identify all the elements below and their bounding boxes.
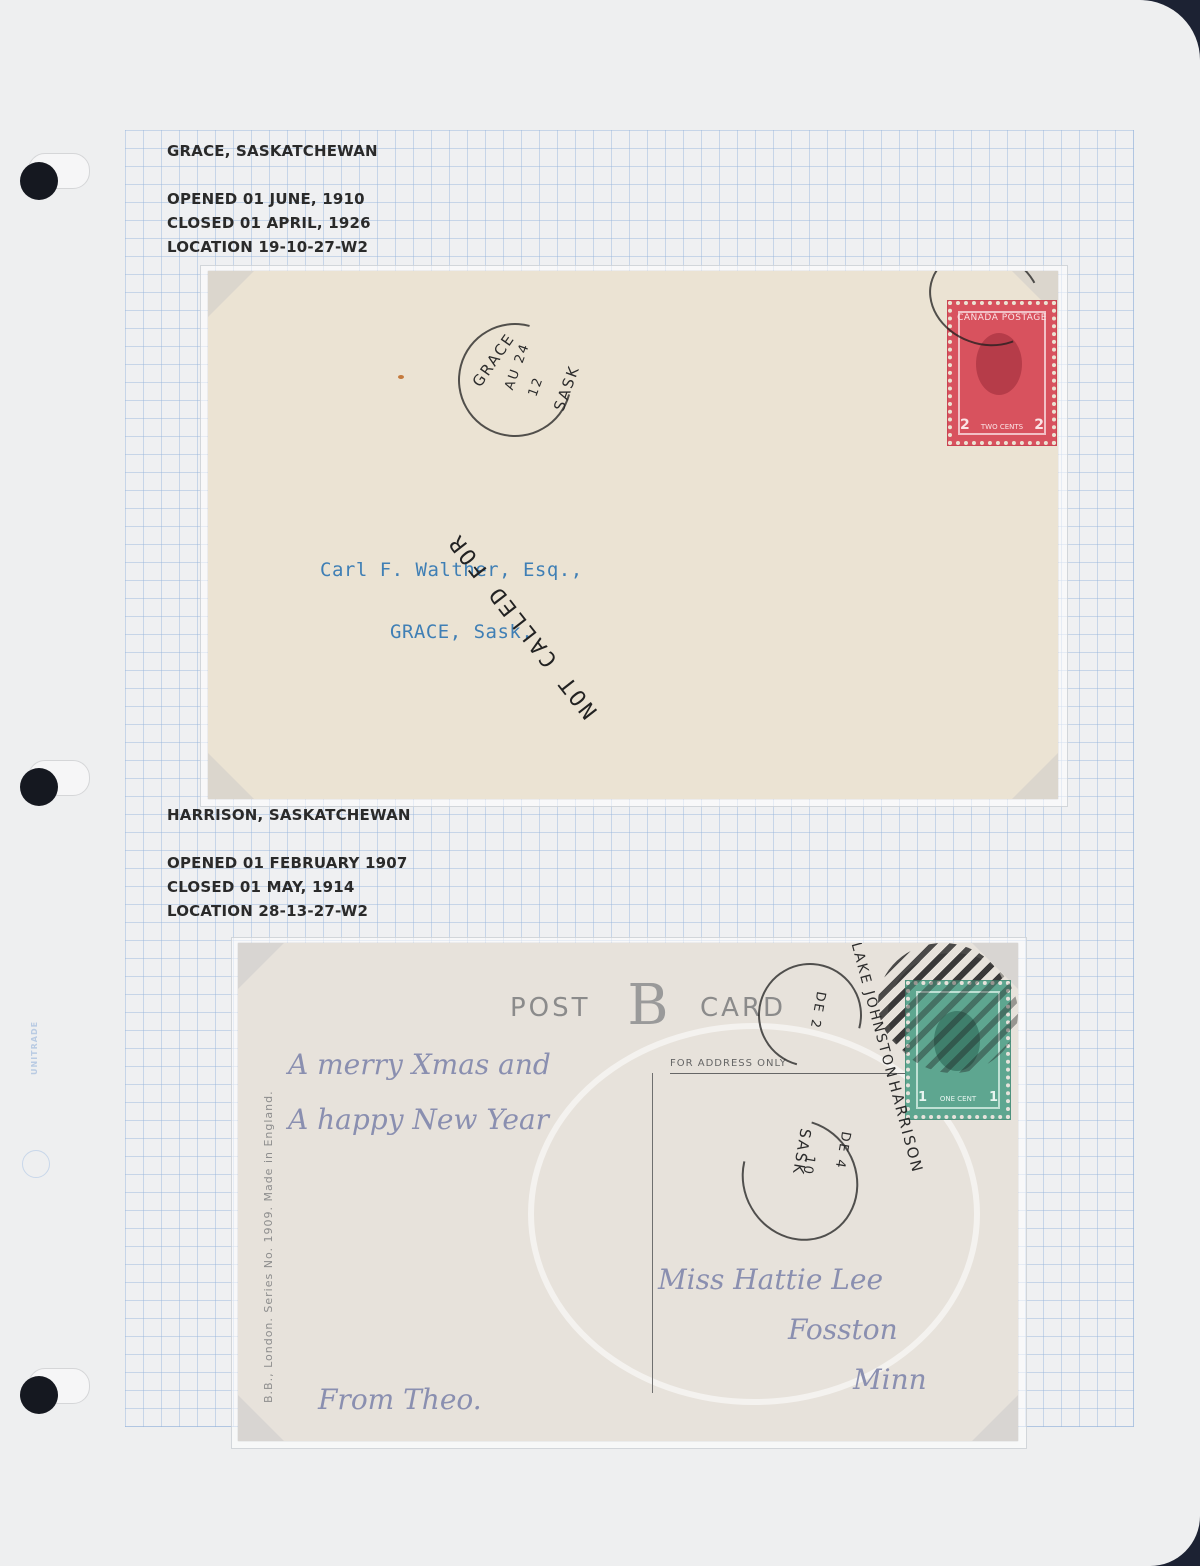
photo-corner <box>208 271 254 317</box>
location: Location 19-10-27-W2 <box>167 235 378 259</box>
photo-corner <box>208 753 254 799</box>
opened-date: Opened 01 February 1907 <box>167 851 411 875</box>
photo-corner <box>972 1395 1018 1441</box>
location: Location 28-13-27-W2 <box>167 899 411 923</box>
publisher-imprint: B.B., London. Series No. 1909. Made in E… <box>262 1090 275 1403</box>
sender-signature: From Theo. <box>318 1383 482 1416</box>
message-line-2: A happy New Year <box>288 1103 549 1136</box>
stain <box>398 375 404 379</box>
closed-date: Closed 01 April, 1926 <box>167 211 378 235</box>
photo-corner <box>238 1395 284 1441</box>
brand-watermark: UNITRADE <box>30 1021 39 1075</box>
postcard-header-post: POST <box>510 993 591 1023</box>
binder-hole <box>20 1376 58 1414</box>
entry-title: Grace, Saskatchewan <box>167 139 378 163</box>
recipient-name: Miss Hattie Lee <box>658 1263 883 1296</box>
cover-grace: CANADA POSTAGE 2 TWO CENTS 2 GRACE AU 24… <box>208 271 1058 799</box>
stamp-denomination: 2 <box>1034 417 1044 433</box>
barred-cancel-overlay <box>888 953 1018 1073</box>
entry-heading: Harrison, Saskatchewan Opened 01 Februar… <box>167 803 411 923</box>
postcard-harrison: B.B., London. Series No. 1909. Made in E… <box>238 943 1018 1441</box>
message-line-1: A merry Xmas and <box>288 1048 551 1081</box>
opened-date: Opened 01 June, 1910 <box>167 187 378 211</box>
recipient-state: Minn <box>853 1363 927 1396</box>
address-line-1: Carl F. Walther, Esq., <box>320 559 583 581</box>
stamp-denomination: 1 <box>989 1090 998 1105</box>
recipient-town: Fosston <box>788 1313 898 1346</box>
maple-leaf-logo-icon <box>22 1150 50 1178</box>
binder-hole <box>20 162 58 200</box>
bb-monogram-icon: B <box>618 973 678 1043</box>
center-divider <box>652 1073 653 1393</box>
entry-heading: Grace, Saskatchewan Opened 01 June, 1910… <box>167 139 378 259</box>
binder-hole <box>20 768 58 806</box>
address-rule <box>670 1073 910 1074</box>
album-page: UNITRADE Grace, Saskatchewan Opened 01 J… <box>0 0 1200 1566</box>
entry-title: Harrison, Saskatchewan <box>167 803 411 827</box>
closed-date: Closed 01 May, 1914 <box>167 875 411 899</box>
address-label: FOR ADDRESS ONLY <box>670 1058 787 1069</box>
photo-corner <box>238 943 284 989</box>
photo-corner <box>1012 753 1058 799</box>
